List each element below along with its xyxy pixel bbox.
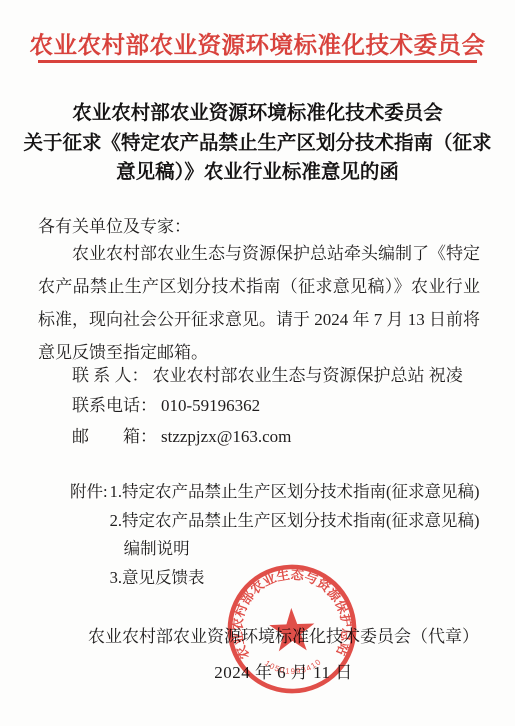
contact-phone-label: 联系电话： (72, 396, 157, 415)
contact-phone-row: 联系电话：010-59196362 (72, 391, 463, 421)
title-line-3: 意见稿）》农业行业标准意见的函 (20, 158, 495, 188)
attachment-line-3: 3.意见反馈表 (110, 564, 480, 593)
title-line-1: 农业农村部农业资源环境标准化技术委员会 (20, 99, 495, 129)
signature-line: 农业农村部农业资源环境标准化技术委员会（代章） (52, 622, 515, 647)
contact-email-value: stzzpjzx@163.com (161, 427, 291, 446)
contact-person-value: 农业农村部农业生态与资源保护总站 祝凌 (153, 366, 463, 385)
letterhead-org-name: 农业农村部农业资源环境标准化技术委员会 (0, 26, 515, 60)
contact-phone-value: 010-59196362 (161, 396, 260, 415)
attachments-section: 附件: 1.特定农产品禁止生产区划分技术指南(征求意见稿) 2.特定农产品禁止生… (70, 478, 479, 592)
contact-email-row: 邮 箱：stzzpjzx@163.com (72, 422, 463, 452)
date-line: 2024 年 6 月 11 日 (52, 658, 515, 683)
document-title: 农业农村部农业资源环境标准化技术委员会 关于征求《特定农产品禁止生产区划分技术指… (20, 99, 495, 188)
body-paragraph: 农业农村部农业生态与资源保护总站牵头编制了《特定农产品禁止生产区划分技术指南（征… (38, 237, 480, 369)
salutation: 各有关单位及专家： (38, 212, 191, 237)
attachment-line-1: 1.特定农产品禁止生产区划分技术指南(征求意见稿) (110, 478, 480, 507)
attachment-line-2-continued: 编制说明 (110, 535, 480, 564)
contact-person-label: 联 系 人： (72, 366, 149, 385)
attachments-list: 1.特定农产品禁止生产区划分技术指南(征求意见稿) 2.特定农产品禁止生产区划分… (110, 478, 480, 592)
title-line-2: 关于征求《特定农产品禁止生产区划分技术指南（征求 (20, 129, 495, 159)
attachments-label: 附件: (70, 478, 108, 507)
attachment-line-2: 2.特定农产品禁止生产区划分技术指南(征求意见稿) (110, 507, 480, 536)
letterhead-divider (38, 60, 477, 63)
closing-block: 农业农村部农业资源环境标准化技术委员会（代章） 2024 年 6 月 11 日 (0, 622, 515, 683)
contact-person-row: 联 系 人：农业农村部农业生态与资源保护总站 祝凌 (72, 361, 463, 391)
document-page: 农业农村部农业资源环境标准化技术委员会 农业农村部农业资源环境标准化技术委员会 … (0, 0, 515, 726)
contact-email-label: 邮 箱： (72, 427, 157, 446)
contact-info: 联 系 人：农业农村部农业生态与资源保护总站 祝凌 联系电话：010-59196… (72, 361, 463, 452)
